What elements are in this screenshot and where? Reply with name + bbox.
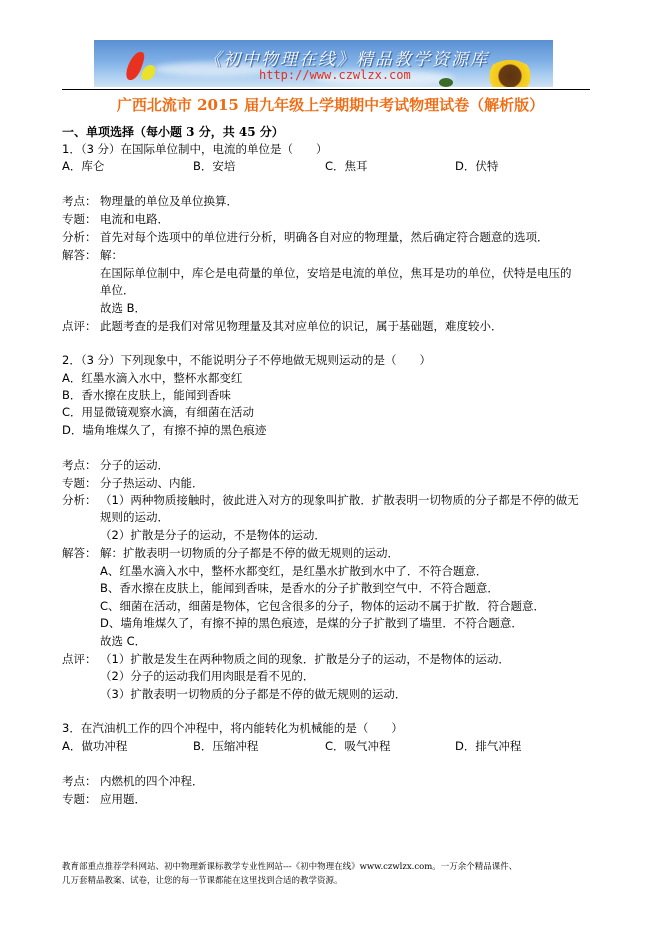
q2-jieda-line: B、香水擦在皮肤上，能闻到香味，是香水的分子扩散到空气中．不符合题意． [100, 581, 499, 595]
footer-line: 教育部重点推荐学科网站、初中物理新课标教学专业性网站---《初中物理在线》www… [62, 861, 517, 873]
q2-fenxi-label: 分析： [62, 493, 97, 507]
q1-zhuanti: 电流和电路． [100, 212, 169, 226]
section-heading: 一、单项选择（每小题 3 分，共 45 分） [62, 125, 284, 139]
question-1-stem: 1．（3 分）在国际单位制中，电流的单位是（ ） [62, 142, 328, 156]
site-banner: 《初中物理在线》精品教学资源库 http://www.czwlzx.com [94, 40, 553, 87]
question-2-stem: 2．（3 分）下列现象中，不能说明分子不停地做无规则运动的是（ ） [62, 353, 431, 367]
q2-fenxi-line: （2）扩散是分子的运动，不是物体的运动． [100, 528, 326, 542]
q2-jieda-line: D、墙角堆煤久了，有擦不掉的黑色痕迹，是煤的分子扩散到了墙里．不符合题意． [100, 616, 523, 630]
q2-fenxi-line: （1）两种物质接触时，彼此进入对方的现象叫扩散．扩散表明一切物质的分子都是不停的… [100, 493, 579, 507]
q2-kaodian-label: 考点： [62, 458, 97, 472]
q2-kaodian: 分子的运动． [100, 458, 169, 472]
q1-fenxi-label: 分析： [62, 230, 97, 244]
banner-title: 《初中物理在线》精品教学资源库 [204, 45, 489, 70]
q1-jieda-label: 解答： [62, 248, 97, 262]
q1-jieda-line: 在国际单位制中，库仑是电荷量的单位，安培是电流的单位，焦耳是功的单位，伏特是电压… [100, 266, 572, 280]
q1-jieda-line: 解： [100, 248, 123, 262]
leaf-icon [439, 78, 453, 87]
q3-kaodian: 内燃机的四个冲程． [100, 774, 204, 788]
logo-icon-accent [139, 65, 157, 80]
footer-line: 几万套精品教案、试卷，让您的每一节课都能在这里找到合适的教学资源。 [62, 875, 343, 887]
q1-kaodian: 物理量的单位及单位换算． [100, 194, 238, 208]
question-3-option-c: C．吸气冲程 [325, 739, 391, 753]
q2-jieda-label: 解答： [62, 546, 97, 560]
question-3-option-a: A．做功冲程 [62, 739, 127, 753]
q2-dianping-line: （3）扩散表明一切物质的分子都是不停的做无规则的运动． [100, 687, 406, 701]
q2-dianping-label: 点评： [62, 652, 97, 666]
question-3-option-b: B．压缩冲程 [193, 739, 258, 753]
question-2-option-a: A．红墨水滴入水中，整杯水都变红 [62, 371, 242, 385]
document-title: 广西北流市 2015 届九年级上学期期中考试物理试卷（解析版） [0, 94, 661, 115]
banner-url[interactable]: http://www.czwlzx.com [259, 68, 411, 82]
q2-dianping-line: （1）扩散是发生在两种物质之间的现象．扩散是分子的运动，不是物体的运动． [100, 652, 510, 666]
sunflower-icon [486, 60, 534, 87]
q2-zhuanti: 分子热运动、内能． [100, 476, 204, 490]
q2-fenxi-line: 规则的运动． [100, 510, 169, 524]
q3-zhuanti-label: 专题： [62, 792, 97, 806]
question-3-stem: 3．在汽油机工作的四个冲程中，将内能转化为机械能的是（ ） [62, 721, 403, 735]
q3-zhuanti: 应用题． [100, 792, 146, 806]
q2-jieda-line: C、细菌在活动，细菌是物体，它包含很多的分子，物体的运动不属于扩散．符合题意． [100, 599, 545, 613]
question-2-option-d: D．墙角堆煤久了，有擦不掉的黑色痕迹 [62, 423, 266, 437]
q1-dianping-label: 点评： [62, 319, 97, 333]
question-1-option-a: A．库仑 [62, 159, 104, 173]
question-1-option-d: D．伏特 [455, 159, 498, 173]
q2-jieda-line: A、红墨水滴入水中，整杯水都变红，是红墨水扩散到水中了．不符合题意． [100, 564, 487, 578]
question-2-option-b: B．香水擦在皮肤上，能闻到香味 [62, 388, 231, 402]
q1-jieda-line: 单位． [100, 283, 135, 297]
q2-jieda-line: 解：扩散表明一切物质的分子都是不停的做无规则的运动． [100, 546, 399, 560]
q1-zhuanti-label: 专题： [62, 212, 97, 226]
q2-answer: 故选 C． [100, 634, 146, 648]
question-1-option-c: C．焦耳 [325, 159, 368, 173]
header-divider [62, 89, 590, 90]
q2-zhuanti-label: 专题： [62, 476, 97, 490]
q2-dianping-line: （2）分子的运动我们用肉眼是看不见的． [100, 669, 314, 683]
q3-kaodian-label: 考点： [62, 774, 97, 788]
q1-kaodian-label: 考点： [62, 194, 97, 208]
question-1-option-b: B．安培 [193, 159, 235, 173]
q1-answer: 故选 B． [100, 301, 146, 315]
q1-fenxi-line: 首先对每个选项中的单位进行分析，明确各自对应的物理量，然后确定符合题意的选项． [100, 230, 549, 244]
question-3-option-d: D．排气冲程 [455, 739, 521, 753]
question-2-option-c: C．用显微镜观察水滴，有细菌在活动 [62, 405, 254, 419]
q1-dianping-line: 此题考查的是我们对常见物理量及其对应单位的识记，属于基础题，难度较小． [100, 319, 503, 333]
